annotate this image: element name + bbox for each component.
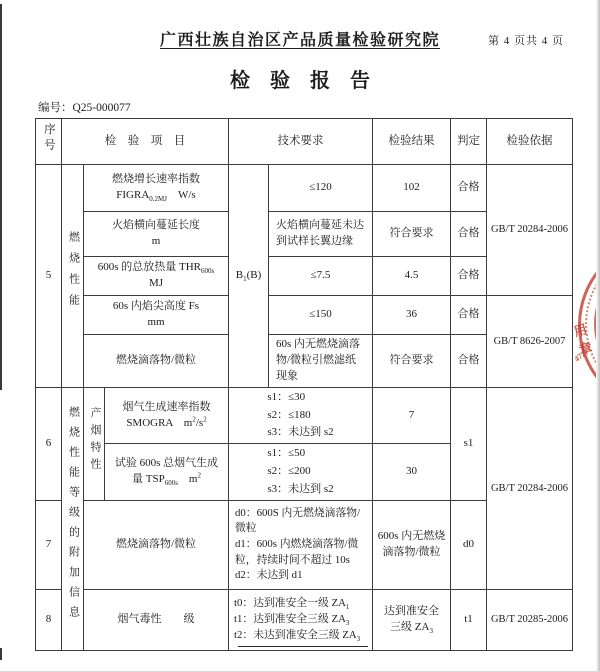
sec5-r3-judgement: 合格: [451, 257, 487, 296]
institute-name-text: 广西壮族自治区产品质量检验研究院: [160, 32, 440, 49]
result-text: 三级 ZA: [390, 621, 429, 633]
item-line2: MJ: [86, 276, 226, 292]
sec5-r4-result: 36: [373, 296, 451, 335]
sec5-serial: 5: [36, 165, 62, 388]
item-unit: W/s: [167, 189, 196, 201]
sec5-r3-item: 600s 的总放热量 THR600s MJ: [84, 257, 229, 296]
sec7-serial: 7: [36, 500, 62, 589]
sec6-r1-result: 7: [373, 387, 451, 443]
document-title: 检 验 报 告: [0, 64, 600, 93]
requirement-line: d1：600s 内燃烧滴落物/微粒，持续时间不超过 10s: [235, 537, 366, 568]
item-line1: 60s 内焰尖高度 Fs: [86, 299, 226, 315]
scan-edge-left: [0, 4, 2, 390]
sec6-r2-item: 试验 600s 总烟气生成 量 TSP600s m2: [105, 444, 229, 500]
header-result: 检验结果: [373, 119, 451, 165]
item-line1: 600s 的总放热量 THR600s: [86, 260, 226, 276]
sec5-r5-judgement: 合格: [451, 335, 487, 388]
subscript: 3: [429, 627, 433, 635]
superscript: 2: [203, 415, 207, 423]
item-line2: FIGRA0.2MJ W/s: [86, 188, 226, 204]
sec7-item: 燃烧滴落物/微粒: [84, 500, 229, 589]
sec5-r1-result: 102: [373, 165, 451, 212]
requirement-line: s3：未达到 s2: [267, 481, 333, 499]
sec5-r5-result: 符合要求: [373, 335, 451, 388]
table-header-row: 序号 检 验 项 目 技术要求 检验结果 判定 检验依据: [36, 119, 573, 165]
item-line1: 试验 600s 总烟气生成: [107, 456, 226, 472]
sec5-r4-item: 60s 内焰尖高度 Fs mm: [84, 296, 229, 335]
header-serial: 序号: [36, 119, 62, 165]
sec67-basis: GB/T 20284-2006: [487, 387, 573, 589]
sec6-r2-requirement: s1：≤50 s2：≤200 s3：未达到 s2: [229, 444, 373, 500]
sec8-result: 达到准安全 三级 ZA3: [373, 589, 451, 650]
sec8-judgement: t1: [451, 589, 487, 650]
sec5-r4-requirement: ≤150: [269, 296, 373, 335]
sec6-judgement: s1: [451, 387, 487, 500]
sec8-item: 烟气毒性 级: [84, 589, 229, 650]
sec5-basis-a: GB/T 20284-2006: [487, 165, 573, 296]
subscript: 3: [346, 619, 350, 627]
sec8-serial: 8: [36, 589, 62, 650]
item-unit: m: [173, 417, 193, 429]
item-symbol: FIGRA: [116, 189, 149, 201]
sec5-r2-result: 符合要求: [373, 212, 451, 257]
requirement-line: d0：600S 内无燃烧滴落物/微粒: [235, 506, 366, 537]
requirement-line: s2：≤200: [267, 463, 333, 481]
requirement-line: t1：达到准安全三级 ZA3: [234, 612, 367, 628]
subscript: 600s: [201, 267, 214, 275]
sec5-r1-requirement: ≤120: [269, 165, 373, 212]
header-serial-label: 序号: [40, 123, 57, 154]
sec7-result: 600s 内无燃烧滴落物/微粒: [373, 500, 451, 589]
item-line2: mm: [86, 315, 226, 331]
report-page: 广西壮族自治区产品质量检验研究院 第 4 页共 4 页 检 验 报 告 编号：Q…: [0, 0, 600, 672]
item-line1: 燃烧增长速率指数: [86, 172, 226, 188]
report-number: 编号：Q25-000077: [38, 99, 131, 115]
sec7-judgement: d0: [451, 500, 487, 589]
requirement-text: t2：未达到准安全三级 ZA: [234, 629, 357, 641]
sec5-r4-judgement: 合格: [451, 296, 487, 335]
requirement-line: t2：未达到准安全三级 ZA3: [234, 628, 367, 644]
sec8-requirement: t0：达到准安全一级 ZA1 t1：达到准安全三级 ZA3 t2：未达到准安全三…: [229, 589, 373, 650]
item-symbol: 量 TSP: [132, 473, 165, 485]
class-base: B: [236, 269, 243, 281]
sec5-r1-judgement: 合格: [451, 165, 487, 212]
sec5-class: B1(B): [229, 165, 269, 388]
item-line2: SMOGRA m2/s2: [107, 416, 226, 432]
header-judgement: 判定: [451, 119, 487, 165]
requirement-line: d2：未达到 d1: [235, 568, 366, 584]
sec5-group-label: 燃烧性能: [65, 231, 81, 315]
requirement-text: t0：达到准安全一级 ZA: [234, 597, 346, 609]
sec678-group-label: 燃烧性能等级的附加信息: [65, 406, 81, 626]
sec5-r2-requirement: 火焰横向蔓延未达到试样长翼边缘: [269, 212, 373, 257]
sec5-r1-item: 燃烧增长速率指数 FIGRA0.2MJ W/s: [84, 165, 229, 212]
sec5-r5-requirement: 60s 内无燃烧滴落物/微粒引燃滤纸现象: [269, 335, 373, 388]
scan-edge-right: [596, 0, 600, 672]
requirement-line: s2：≤180: [267, 407, 333, 425]
table-row: 8 烟气毒性 级 t0：达到准安全一级 ZA1 t1：达到准安全三级 ZA3 t…: [36, 589, 573, 650]
subscript: 0.2MJ: [149, 195, 167, 203]
end-of-report-line: [238, 646, 368, 647]
subscript: 1: [346, 603, 350, 611]
sec5-r2-item: 火焰横向蔓延长度 m: [84, 212, 229, 257]
requirement-line: s1：≤50: [267, 445, 333, 463]
item-symbol: SMOGRA: [126, 417, 172, 429]
sec8-basis: GB/T 20285-2006: [487, 589, 573, 650]
item-line1: 火焰横向蔓延长度: [86, 218, 226, 234]
table-row: 5 燃烧性能 燃烧增长速率指数 FIGRA0.2MJ W/s B1(B) ≤12…: [36, 165, 573, 212]
subscript: 3: [357, 635, 361, 643]
scan-edge-left-mark: [0, 648, 2, 660]
sec6-serial: 6: [36, 387, 62, 500]
sec5-group: 燃烧性能: [62, 165, 84, 388]
header-item: 检 验 项 目: [62, 119, 229, 165]
sec5-r3-result: 4.5: [373, 257, 451, 296]
subscript: 600s: [165, 479, 178, 487]
requirement-block: s1：≤30 s2：≤180 s3：未达到 s2: [267, 389, 333, 442]
page-number: 第 4 页共 4 页: [488, 32, 564, 48]
institute-name: 广西壮族自治区产品质量检验研究院: [60, 27, 540, 50]
table-row: 6 燃烧性能等级的附加信息 产烟特性 烟气生成速率指数 SMOGRA m2/s2…: [36, 387, 573, 443]
class-tail: (B): [247, 269, 262, 281]
inspection-table: 序号 检 验 项 目 技术要求 检验结果 判定 检验依据 5 燃烧性能 燃烧增长…: [35, 118, 573, 651]
header-requirement: 技术要求: [229, 119, 373, 165]
requirement-block: s1：≤50 s2：≤200 s3：未达到 s2: [267, 445, 333, 498]
sec5-r3-requirement: ≤7.5: [269, 257, 373, 296]
item-line2: m: [86, 234, 226, 250]
item-unit: m: [178, 473, 198, 485]
item-line1: 烟气生成速率指数: [107, 400, 226, 416]
sec6-r1-item: 烟气生成速率指数 SMOGRA m2/s2: [105, 387, 229, 443]
sec6-r2-result: 30: [373, 444, 451, 500]
sec678-group: 燃烧性能等级的附加信息: [62, 387, 84, 650]
item-line2: 量 TSP600s m2: [107, 472, 226, 488]
sec6-subgroup-label: 产烟特性: [86, 407, 102, 475]
sec5-basis-b: GB/T 8626-2007: [487, 296, 573, 388]
requirement-line: t0：达到准安全一级 ZA1: [234, 596, 367, 612]
sec7-requirement: d0：600S 内无燃烧滴落物/微粒 d1：600s 内燃烧滴落物/微粒，持续时…: [229, 500, 373, 589]
requirement-text: t1：达到准安全三级 ZA: [234, 613, 346, 625]
superscript: 2: [198, 471, 202, 479]
sec5-r2-judgement: 合格: [451, 212, 487, 257]
sec6-r1-requirement: s1：≤30 s2：≤180 s3：未达到 s2: [229, 387, 373, 443]
requirement-line: s3：未达到 s2: [267, 424, 333, 442]
header-basis: 检验依据: [487, 119, 573, 165]
sec6-subgroup: 产烟特性: [84, 387, 105, 500]
table-row: 60s 内焰尖高度 Fs mm ≤150 36 合格 GB/T 8626-200…: [36, 296, 573, 335]
result-line: 达到准安全: [375, 604, 448, 620]
sec5-r5-item: 燃烧滴落物/微粒: [84, 335, 229, 388]
item-symbol: 600s 的总放热量 THR: [98, 261, 201, 273]
result-line: 三级 ZA3: [375, 620, 448, 636]
requirement-line: s1：≤30: [267, 389, 333, 407]
